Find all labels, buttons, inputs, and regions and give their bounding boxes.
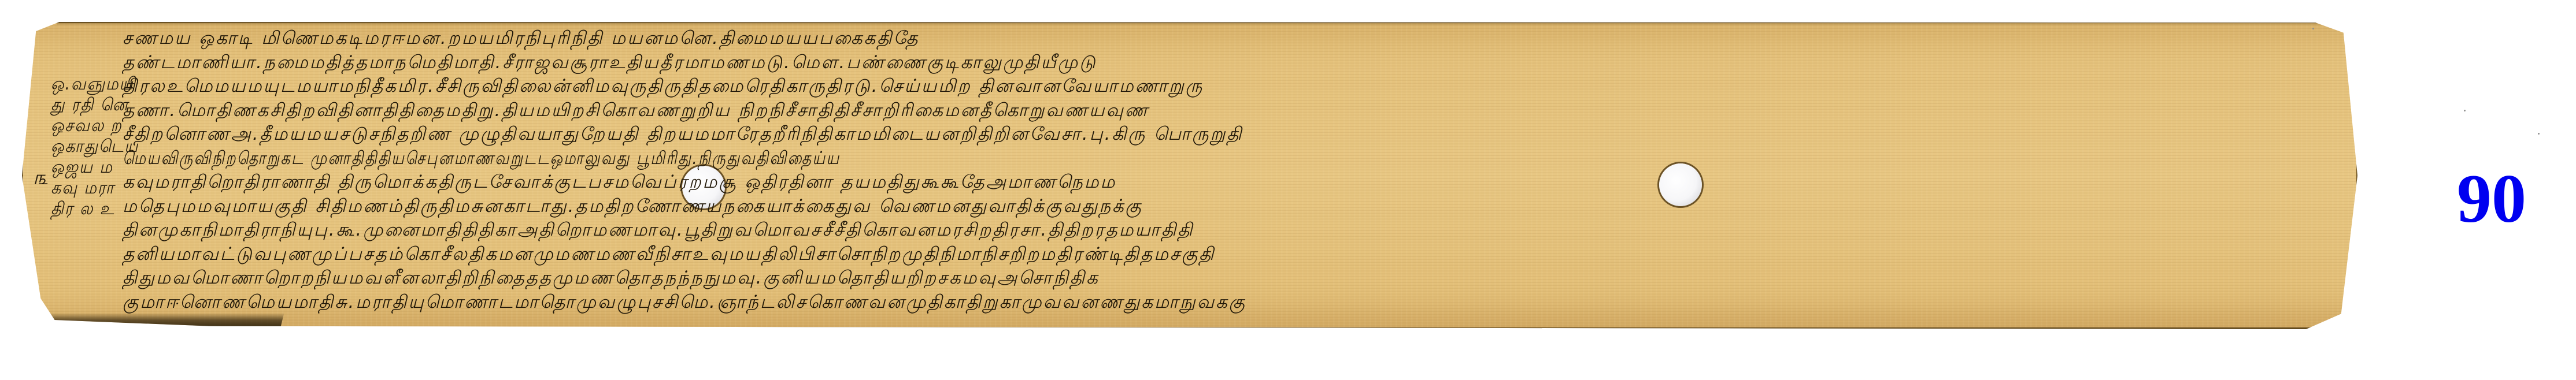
leaf-edge-stain <box>38 313 284 329</box>
text-line: குமாஈனொணமெயமாதிசு.மராதியுமொணாடமாதொமுவழுப… <box>123 290 2262 315</box>
margin-line: ஒ.வஞுமயி <box>51 74 119 95</box>
scan-speck <box>2312 28 2314 29</box>
scan-speck <box>2538 133 2540 135</box>
text-line: சணமய ஒகாடி மிணெமகடிமரஈமன.றமயமிரநிபுரிநித… <box>123 27 2262 51</box>
margin-folio-numeral: ௩ <box>34 166 49 192</box>
margin-text-block: ஒ.வஞுமயி து ரதி னெ ஒசவல ற ஒகாதுடெய ஒஜய ம… <box>51 74 126 219</box>
text-line: மெயவிருவிநிறதொறுகட முனாதிதிதியசெபுனமாணவற… <box>123 147 1877 171</box>
leaf-top-edge <box>57 22 2334 25</box>
text-line: தண்டமாணியா.நமைமதித்தமாநமெதிமாதி.சீராஜவசூ… <box>123 51 2262 75</box>
leaf-bottom-edge <box>253 327 2329 329</box>
scan-speck <box>2464 110 2466 111</box>
margin-line: ஒஜய ம <box>51 157 119 178</box>
text-line: தணா.மொதிணகசிதிறவிதினாதிதிதைமதிறு.தியமயிற… <box>123 99 2262 123</box>
main-text-block: சணமய ஒகாடி மிணெமகடிமரஈமன.றமயமிரநிபுரிநித… <box>123 27 2273 314</box>
text-line: சீதிறனொணஅ.தீமயமயசடுசநிதறிண முழுதிவயாதுறே… <box>123 122 2262 147</box>
margin-line: திர ல உ <box>51 199 119 219</box>
text-line: தனியமாவட்டுவபுணமுப்பசதம்கொசீலதிகமனமுமணமண… <box>123 243 2262 267</box>
text-line: தினமுகாநிமாதிராநியுபு.கூ.முனைமாதிதிதிகாஅ… <box>123 218 2262 243</box>
margin-line: கவு மரா <box>51 178 119 199</box>
text-line: திரலஉமெமயமயுடமயாமநிதீகமிர.சீசிருவிதிலைன்… <box>123 74 2262 99</box>
margin-line: ஒகாதுடெய <box>51 136 119 157</box>
text-line: திதுமவமொணாறொறநியமவளீனலாதிறிநிதைததமுமணதொத… <box>123 266 2262 290</box>
margin-line: து ரதி னெ <box>51 95 119 116</box>
page-number: 90 <box>2457 164 2526 233</box>
text-line: மதெபுமமவுமாயகுதி சிதிமணம்திருதிமசுனகாடாத… <box>123 195 2262 219</box>
text-line: கவுமராதிறொதிராணாதி திருமொக்கதிருடசேவாக்க… <box>123 170 2262 195</box>
margin-line: ஒசவல ற <box>51 116 119 136</box>
